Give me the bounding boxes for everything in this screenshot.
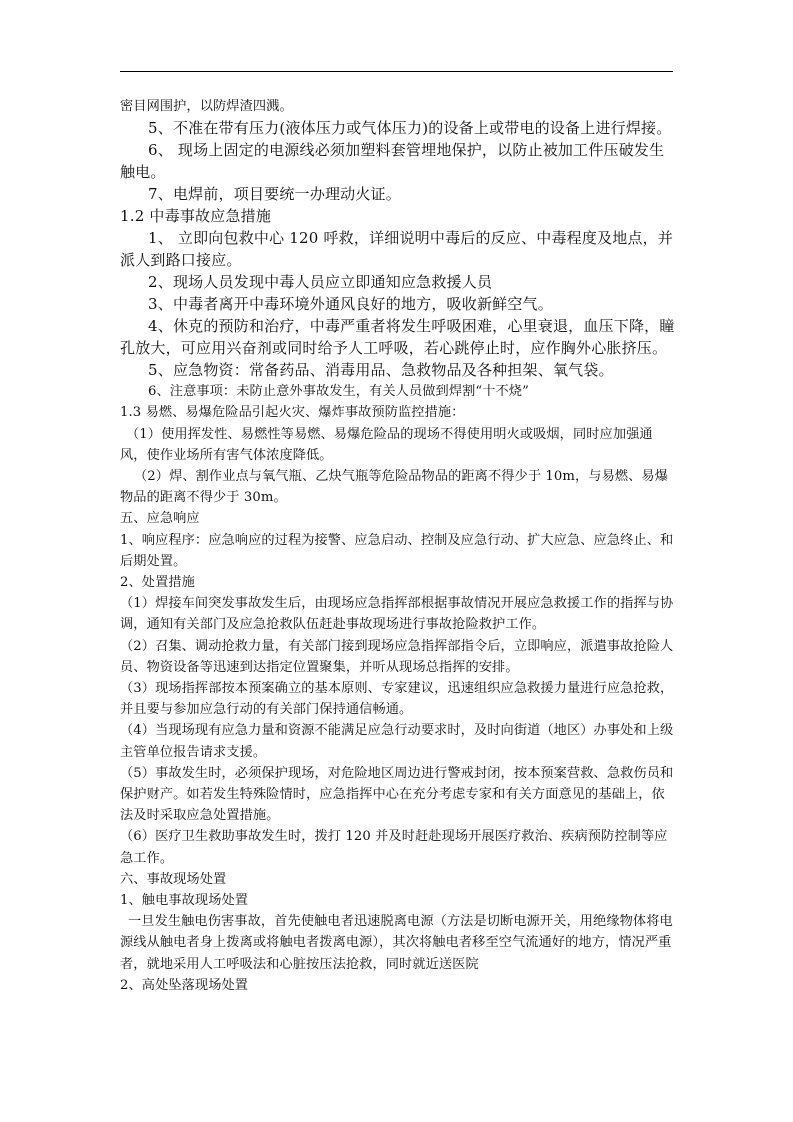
paragraph-poisoning-3: 3、中毒者离开中毒环境外通风良好的地方，吸收新鲜空气。 — [120, 293, 676, 315]
paragraph-welding-screen: 密目网围护，以防焊渣四溅。 — [120, 96, 676, 117]
paragraph-poisoning-5: 5、应急物资：常备药品、消毒用品、急救物品及各种担架、氧气袋。 — [120, 359, 676, 381]
paragraph-disposal-2: （2）召集、调动抢救力量，有关部门接到现场应急指挥部指令后，立即响应，派遣事故抢… — [120, 636, 676, 678]
paragraph-welding-rule-7: 7、电焊前，项目要统一办理动火证。 — [120, 183, 676, 205]
paragraph-welding-rule-6: 6、 现场上固定的电源线必须加塑料套管埋地保护，以防止被加工件压破发生触电。 — [120, 139, 676, 183]
heading-fall-from-height: 2、高处坠落现场处置 — [120, 975, 676, 996]
heading-electric-shock: 1、触电事故现场处置 — [120, 890, 676, 911]
paragraph-fire-1: （1）使用挥发性、易燃性等易燃、易爆危险品的现场不得使用明火或吸烟，同时应加强通… — [120, 424, 676, 466]
heading-fire-explosion-measures: 1.3 易燃、易爆危险品引起火灾、爆炸事故预防监控措施： — [120, 402, 676, 423]
paragraph-disposal-6: （6）医疗卫生救助事故发生时，拨打 120 并及时赶赴现场开展医疗救治、疾病预防… — [120, 826, 676, 868]
heading-poisoning-measures: 1.2 中毒事故应急措施 — [120, 205, 676, 227]
paragraph-poisoning-4: 4、休克的预防和治疗，中毒严重者将发生呼吸困难，心里衰退，血压下降，瞳孔放大，可… — [120, 315, 676, 359]
paragraph-fire-2: （2）焊、割作业点与氧气瓶、乙炔气瓶等危险品物品的距离不得少于 10m，与易燃、… — [120, 466, 676, 508]
paragraph-poisoning-6: 6、注意事项：未防止意外事故发生，有关人员做到焊割“十不烧” — [120, 381, 676, 402]
heading-disposal-measures: 2、处置措施 — [120, 572, 676, 593]
heading-accident-scene-disposal: 六、事故现场处置 — [120, 869, 676, 890]
heading-emergency-response: 五、应急响应 — [120, 508, 676, 529]
paragraph-disposal-3: （3）现场指挥部按本预案确立的基本原则、专家建议，迅速组织应急救援力量进行应急抢… — [120, 678, 676, 720]
paragraph-electric-shock: 一旦发生触电伤害事故，首先使触电者迅速脱离电源（方法是切断电源开关，用绝缘物体将… — [120, 911, 676, 975]
paragraph-welding-rule-5: 5、不准在带有压力(液体压力或气体压力)的设备上或带电的设备上进行焊接。 — [120, 117, 676, 139]
paragraph-disposal-4: （4）当现场现有应急力量和资源不能满足应急行动要求时，及时向街道（地区）办事处和… — [120, 720, 676, 762]
paragraph-poisoning-1: 1、 立即向包救中心 120 呼救，详细说明中毒后的反应、中毒程度及地点，并派人… — [120, 227, 676, 271]
header-rule — [120, 71, 673, 72]
paragraph-disposal-1: （1）焊接车间突发事故发生后，由现场应急指挥部根据事故情况开展应急救援工作的指挥… — [120, 593, 676, 635]
paragraph-poisoning-2: 2、现场人员发现中毒人员应立即通知应急救援人员 — [120, 271, 676, 293]
paragraph-response-procedure: 1、响应程序：应急响应的过程为接警、应急启动、控制及应急行动、扩大应急、应急终止… — [120, 530, 676, 572]
paragraph-disposal-5: （5）事故发生时，必须保护现场，对危险地区周边进行警戒封闭，按本预案营救、急救伤… — [120, 763, 676, 827]
document-body: 密目网围护，以防焊渣四溅。 5、不准在带有压力(液体压力或气体压力)的设备上或带… — [120, 96, 676, 996]
